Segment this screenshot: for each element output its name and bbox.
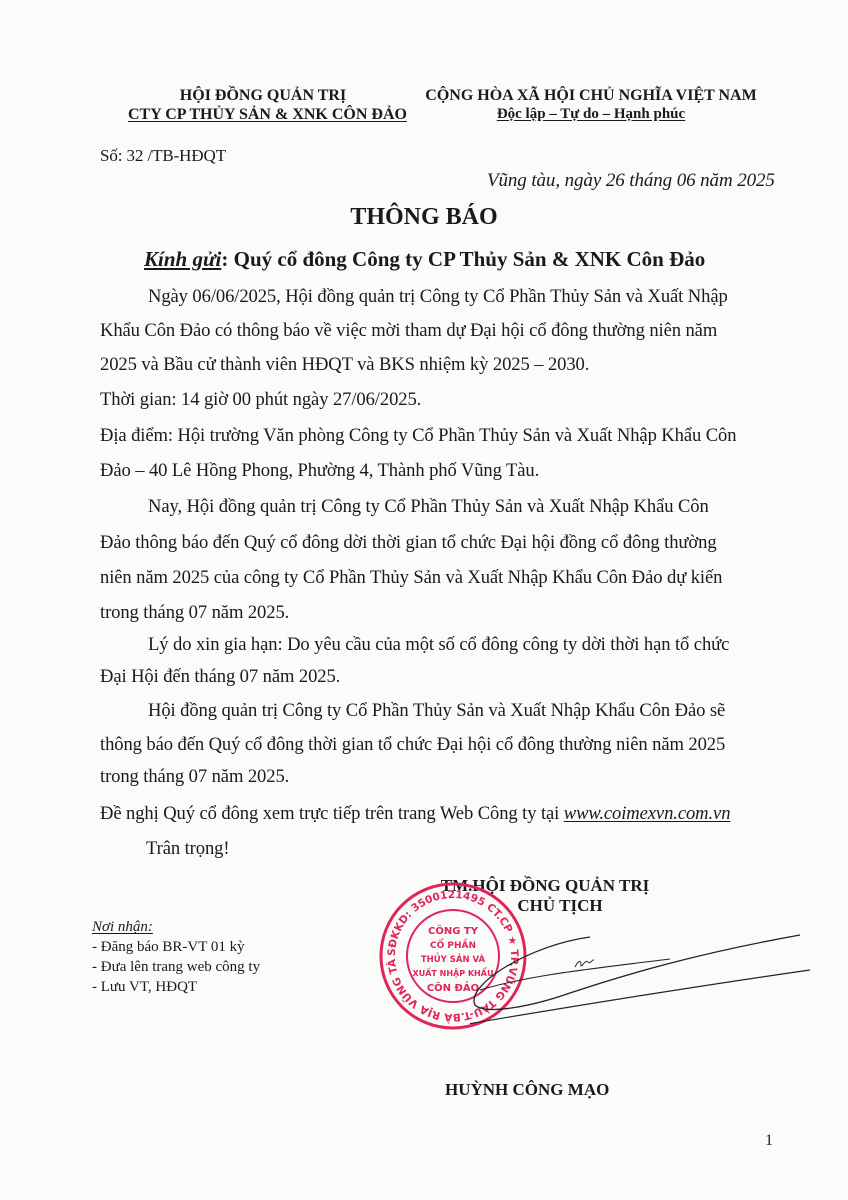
- body-line: Nay, Hội đồng quản trị Công ty Cổ Phần T…: [148, 496, 709, 518]
- motto: Độc lập – Tự do – Hạnh phúc: [406, 105, 776, 124]
- issuer-header: HỘI ĐỒNG QUẢN TRỊ CTY CP THỦY SẢN & XNK …: [128, 86, 398, 124]
- body-line: Hội đồng quản trị Công ty Cổ Phần Thủy S…: [148, 700, 725, 722]
- body-line: Lý do xin gia hạn: Do yêu cầu của một số…: [148, 634, 729, 656]
- meeting-time: Thời gian: 14 giờ 00 phút ngày 27/06/202…: [100, 389, 421, 411]
- recipient-item: - Lưu VT, HĐQT: [92, 977, 260, 997]
- body-line: thông báo đến Quý cổ đông thời gian tổ c…: [100, 734, 725, 756]
- body-line: Đại Hội đến tháng 07 năm 2025.: [100, 666, 340, 688]
- recipients-block: Nơi nhận: - Đăng báo BR-VT 01 kỳ - Đưa l…: [92, 917, 260, 997]
- issuer-company: CTY CP THỦY SẢN & XNK CÔN ĐẢO: [128, 105, 398, 124]
- meeting-location: Địa điểm: Hội trường Văn phòng Công ty C…: [100, 425, 736, 447]
- signer-name: HUỲNH CÔNG MẠO: [445, 1080, 609, 1100]
- place-date: Vũng tàu, ngày 26 tháng 06 năm 2025: [487, 170, 775, 192]
- body-line: Khẩu Côn Đảo có thông báo về việc mời th…: [100, 320, 717, 342]
- greeting-recipient: : Quý cổ đông Công ty CP Thủy Sản & XNK …: [221, 247, 705, 271]
- recipient-item: - Đăng báo BR-VT 01 kỳ: [92, 937, 260, 957]
- body-line: Ngày 06/06/2025, Hội đồng quản trị Công …: [148, 286, 728, 308]
- greeting-label: Kính gửi: [144, 247, 221, 271]
- document-number: Số: 32 /TB-HĐQT: [100, 146, 226, 166]
- web-notice-text: Đề nghị Quý cổ đông xem trực tiếp trên t…: [100, 803, 564, 824]
- body-line: Đảo thông báo đến Quý cổ đông dời thời g…: [100, 532, 717, 554]
- greeting: Kính gửi: Quý cổ đông Công ty CP Thủy Sả…: [144, 247, 705, 272]
- body-line: niên năm 2025 của công ty Cổ Phần Thủy S…: [100, 567, 722, 589]
- body-line: Đảo – 40 Lê Hồng Phong, Phường 4, Thành …: [100, 460, 539, 482]
- company-website-link[interactable]: www.coimexvn.com.vn: [564, 803, 731, 824]
- recipient-item: - Đưa lên trang web công ty: [92, 957, 260, 977]
- closing: Trân trọng!: [146, 838, 229, 860]
- issuer-board: HỘI ĐỒNG QUẢN TRỊ: [128, 86, 398, 105]
- signature-icon: [470, 915, 810, 1025]
- country-name: CỘNG HÒA XÃ HỘI CHỦ NGHĨA VIỆT NAM: [406, 86, 776, 105]
- body-line: trong tháng 07 năm 2025.: [100, 602, 289, 624]
- body-line: 2025 và Bầu cử thành viên HĐQT và BKS nh…: [100, 354, 589, 376]
- page-number: 1: [765, 1132, 773, 1150]
- web-notice: Đề nghị Quý cổ đông xem trực tiếp trên t…: [100, 803, 730, 825]
- document-title: THÔNG BÁO: [0, 204, 848, 231]
- recipients-label: Nơi nhận:: [92, 917, 260, 937]
- body-line: trong tháng 07 năm 2025.: [100, 766, 289, 788]
- national-motto-header: CỘNG HÒA XÃ HỘI CHỦ NGHĨA VIỆT NAM Độc l…: [406, 86, 776, 124]
